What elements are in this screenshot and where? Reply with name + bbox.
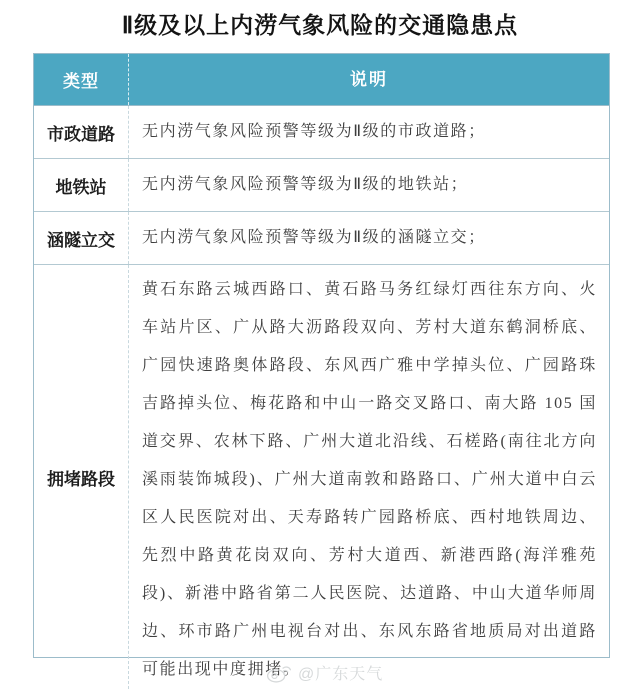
row-description: 无内涝气象风险预警等级为Ⅱ级的市政道路； — [129, 106, 609, 158]
row-description: 无内涝气象风险预警等级为Ⅱ级的涵隧立交； — [129, 212, 609, 264]
row-type-label: 拥堵路段 — [34, 265, 129, 689]
header-type: 类型 — [34, 54, 129, 105]
table-row-metro-stations: 地铁站 无内涝气象风险预警等级为Ⅱ级的地铁站； — [34, 159, 609, 212]
weibo-icon — [266, 662, 292, 684]
table-header-row: 类型 说明 — [34, 54, 609, 106]
row-type-label: 市政道路 — [34, 106, 129, 158]
row-description: 黄石东路云城西路口、黄石路马务红绿灯西往东方向、火车站片区、广从路大沥路段双向、… — [129, 265, 609, 689]
header-description: 说明 — [129, 54, 609, 105]
row-description: 无内涝气象风险预警等级为Ⅱ级的地铁站； — [129, 159, 609, 211]
row-type-label: 地铁站 — [34, 159, 129, 211]
page-title: Ⅱ级及以上内涝气象风险的交通隐患点 — [0, 7, 640, 40]
hazard-table: 类型 说明 市政道路 无内涝气象风险预警等级为Ⅱ级的市政道路； 地铁站 无内涝气… — [33, 53, 610, 658]
page: Ⅱ级及以上内涝气象风险的交通隐患点 类型 说明 市政道路 无内涝气象风险预警等级… — [0, 0, 640, 696]
table-row-culvert-interchanges: 涵隧立交 无内涝气象风险预警等级为Ⅱ级的涵隧立交； — [34, 212, 609, 265]
table-row-municipal-roads: 市政道路 无内涝气象风险预警等级为Ⅱ级的市政道路； — [34, 106, 609, 159]
watermark: @广东天气 — [266, 661, 383, 684]
table-row-congested-sections: 拥堵路段 黄石东路云城西路口、黄石路马务红绿灯西往东方向、火车站片区、广从路大沥… — [34, 265, 609, 689]
row-type-label: 涵隧立交 — [34, 212, 129, 264]
watermark-text: @广东天气 — [298, 661, 383, 684]
